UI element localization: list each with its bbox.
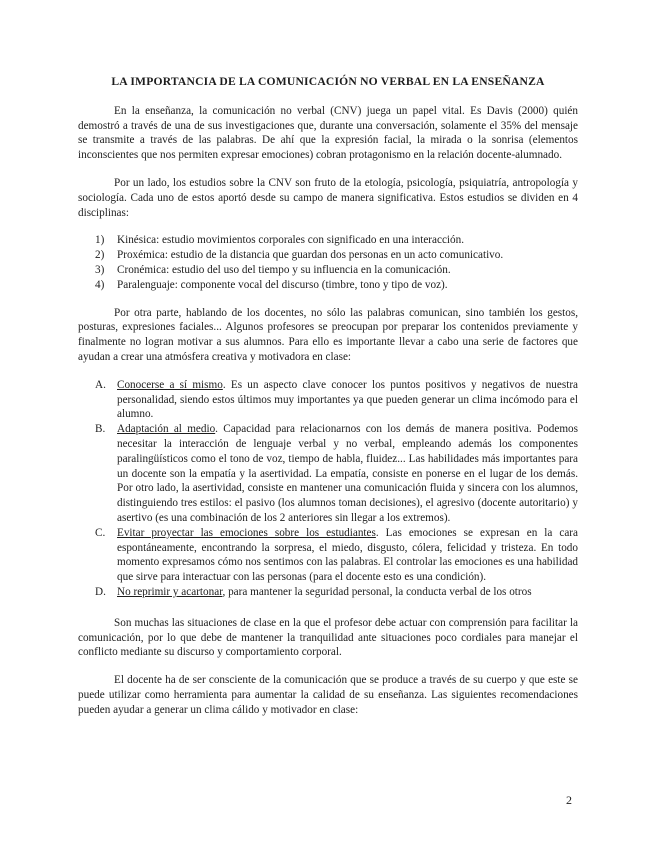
list-marker: A. [95,378,106,393]
paragraph-consciente: El docente ha de ser consciente de la co… [78,673,578,717]
list-item-kinesica: 1) Kinésica: estudio movimientos corpora… [78,233,578,248]
list-item-lead: Evitar proyectar las emociones sobre los… [117,527,376,539]
list-marker: 4) [95,278,104,293]
disciplines-list: 1) Kinésica: estudio movimientos corpora… [78,233,578,292]
list-marker: B. [95,422,105,437]
list-marker: 2) [95,248,104,263]
list-item-text: Cronémica: estudio del uso del tiempo y … [117,264,451,276]
paragraph-situaciones: Son muchas las situaciones de clase en l… [78,616,578,660]
list-item-adaptacion: B.Adaptación al medio. Capacidad para re… [78,422,578,526]
list-item-text: Proxémica: estudio de la distancia que g… [117,249,503,261]
list-marker: 3) [95,263,104,278]
list-item-evitar-proyectar: C.Evitar proyectar las emociones sobre l… [78,526,578,585]
page-number: 2 [566,793,572,807]
list-item-cronemica: 3) Cronémica: estudio del uso del tiempo… [78,263,578,278]
list-item-lead: Conocerse a sí mismo [117,379,223,391]
list-item-conocerse: A.Conocerse a sí mismo. Es un aspecto cl… [78,378,578,422]
paragraph-disciplines-intro: Por un lado, los estudios sobre la CNV s… [78,176,578,220]
list-marker: C. [95,526,105,541]
page-title: LA IMPORTANCIA DE LA COMUNICACIÓN NO VER… [78,75,578,90]
paragraph-docentes: Por otra parte, hablando de los docentes… [78,306,578,365]
paragraph-intro: En la enseñanza, la comunicación no verb… [78,104,578,163]
list-item-text: Paralenguaje: componente vocal del discu… [117,279,448,291]
list-marker: D. [95,585,106,600]
list-item-no-reprimir: D.No reprimir y acartonar, para mantener… [78,585,578,600]
list-marker: 1) [95,233,104,248]
list-item-paralenguaje: 4) Paralenguaje: componente vocal del di… [78,278,578,293]
list-item-text: , para mantener la seguridad personal, l… [222,586,531,598]
list-item-proxemica: 2) Proxémica: estudio de la distancia qu… [78,248,578,263]
document-page: LA IMPORTANCIA DE LA COMUNICACIÓN NO VER… [0,0,655,848]
list-item-lead: No reprimir y acartonar [117,586,222,598]
list-item-text: . Capacidad para relacionarnos con los d… [117,423,578,524]
list-item-lead: Adaptación al medio [117,423,215,435]
list-item-text: Kinésica: estudio movimientos corporales… [117,234,464,246]
factors-list: A.Conocerse a sí mismo. Es un aspecto cl… [78,378,578,600]
